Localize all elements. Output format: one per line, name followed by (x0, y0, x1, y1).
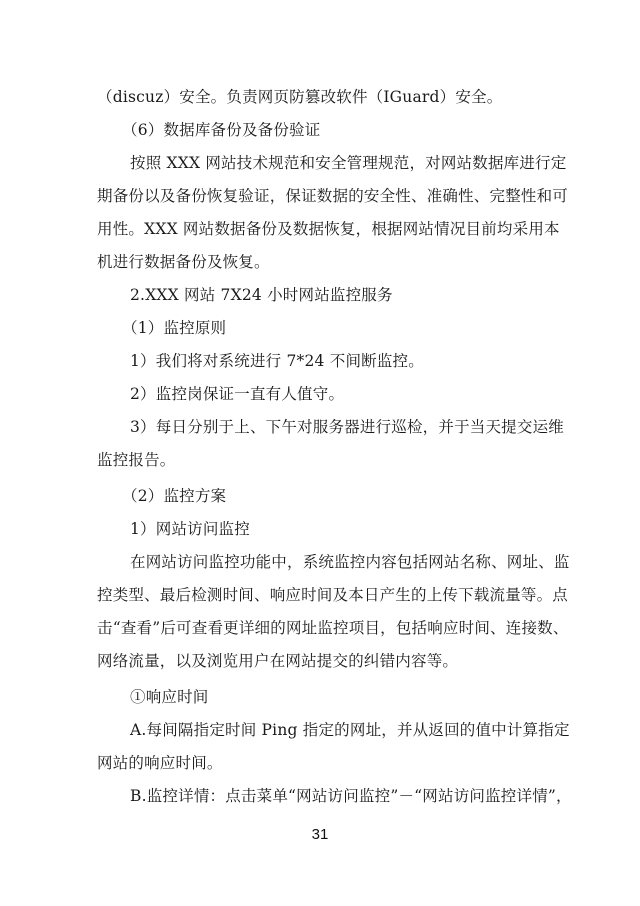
text-line: 1）网站访问监控 (130, 519, 580, 539)
text-line: 在网站访问监控功能中，系统监控内容包括网站名称、网址、监 (130, 552, 580, 572)
text-line: （6）数据库备份及备份验证 (122, 120, 572, 140)
text-line: 控类型、最后检测时间、响应时间及本日产生的上传下载流量等。点 (97, 585, 547, 605)
text-line: B.监控详情：点击菜单“网站访问监控”－“网站访问监控详情”， (130, 786, 580, 806)
text-line: 机进行数据备份及恢复。 (97, 252, 547, 272)
text-line: ①响应时间 (130, 687, 580, 707)
text-line: （discuz）安全。负责网页防篡改软件（IGuard）安全。 (97, 87, 547, 107)
page-number: 31 (0, 826, 640, 843)
text-line: 2.XXX 网站 7X24 小时网站监控服务 (130, 285, 580, 305)
text-line: （2）监控方案 (122, 486, 572, 506)
text-line: 网络流量，以及浏览用户在网站提交的纠错内容等。 (97, 651, 547, 671)
text-line: A.每间隔指定时间 Ping 指定的网址，并从返回的值中计算指定 (130, 720, 580, 740)
text-line: 监控报告。 (97, 450, 547, 470)
text-line: 击“查看”后可查看更详细的网址监控项目，包括响应时间、连接数、 (97, 618, 547, 638)
text-line: 2）监控岗保证一直有人值守。 (130, 384, 580, 404)
text-line: 期备份以及备份恢复验证，保证数据的安全性、准确性、完整性和可 (97, 186, 547, 206)
text-line: （1）监控原则 (122, 318, 572, 338)
document-page: （discuz）安全。负责网页防篡改软件（IGuard）安全。（6）数据库备份及… (0, 0, 640, 906)
text-line: 1）我们将对系统进行 7*24 不间断监控。 (130, 351, 580, 371)
text-line: 网站的响应时间。 (97, 753, 547, 773)
text-line: 3）每日分别于上、下午对服务器进行巡检，并于当天提交运维 (130, 417, 580, 437)
text-line: 用性。XXX 网站数据备份及数据恢复，根据网站情况目前均采用本 (97, 219, 547, 239)
text-line: 按照 XXX 网站技术规范和安全管理规范，对网站数据库进行定 (130, 153, 580, 173)
